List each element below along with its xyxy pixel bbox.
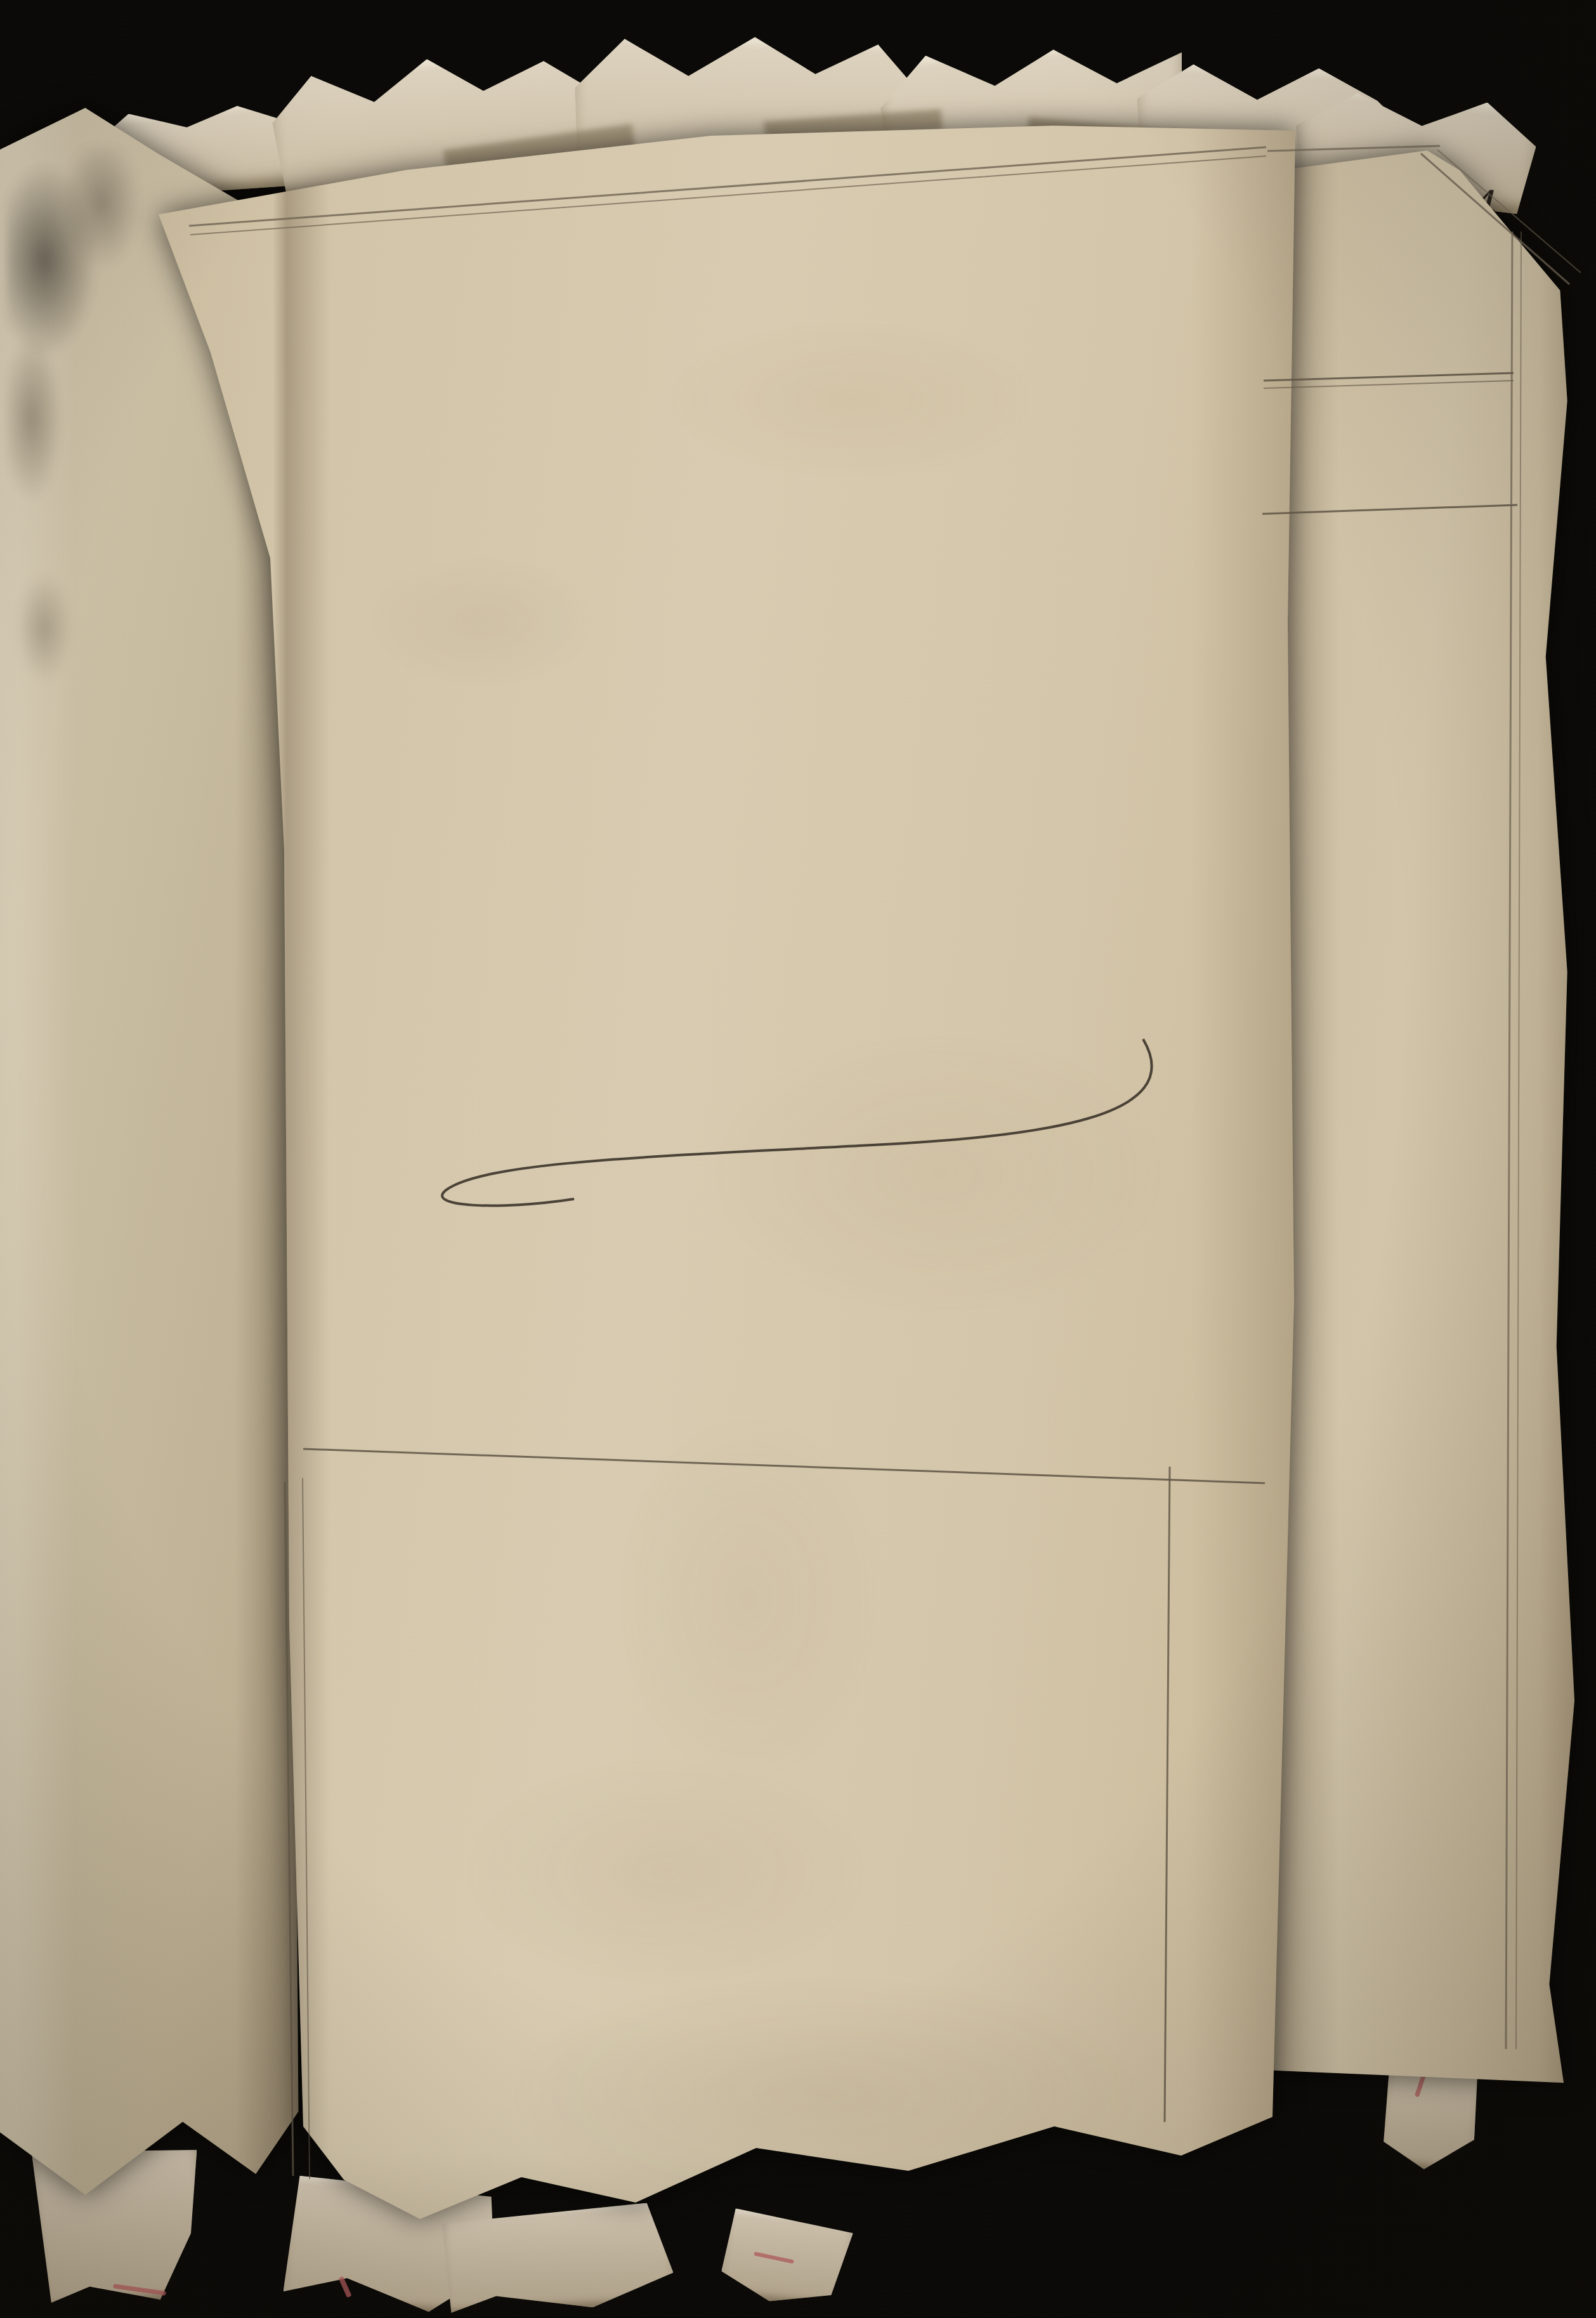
margin-rule bbox=[1262, 505, 1517, 514]
top-rule bbox=[190, 156, 1266, 235]
ruled-lines bbox=[0, 0, 1596, 2318]
table-top-rule bbox=[303, 1449, 1265, 1483]
signature-flourish bbox=[442, 1039, 1152, 1206]
fold-diagonal bbox=[1437, 150, 1581, 273]
margin-rule bbox=[1264, 373, 1514, 381]
fold-diagonal bbox=[1421, 154, 1569, 284]
table-column-rule bbox=[1165, 1467, 1170, 2122]
archival-photo: 14 Особыя Отмѣтки. bbox=[0, 0, 1596, 2318]
top-rule bbox=[189, 147, 1266, 226]
right-vertical-rule bbox=[1506, 232, 1512, 2049]
table-left-rule bbox=[285, 1482, 293, 2176]
table-left-rule bbox=[303, 1478, 310, 2179]
right-top-rule bbox=[1267, 146, 1440, 151]
margin-rule bbox=[1264, 381, 1514, 388]
